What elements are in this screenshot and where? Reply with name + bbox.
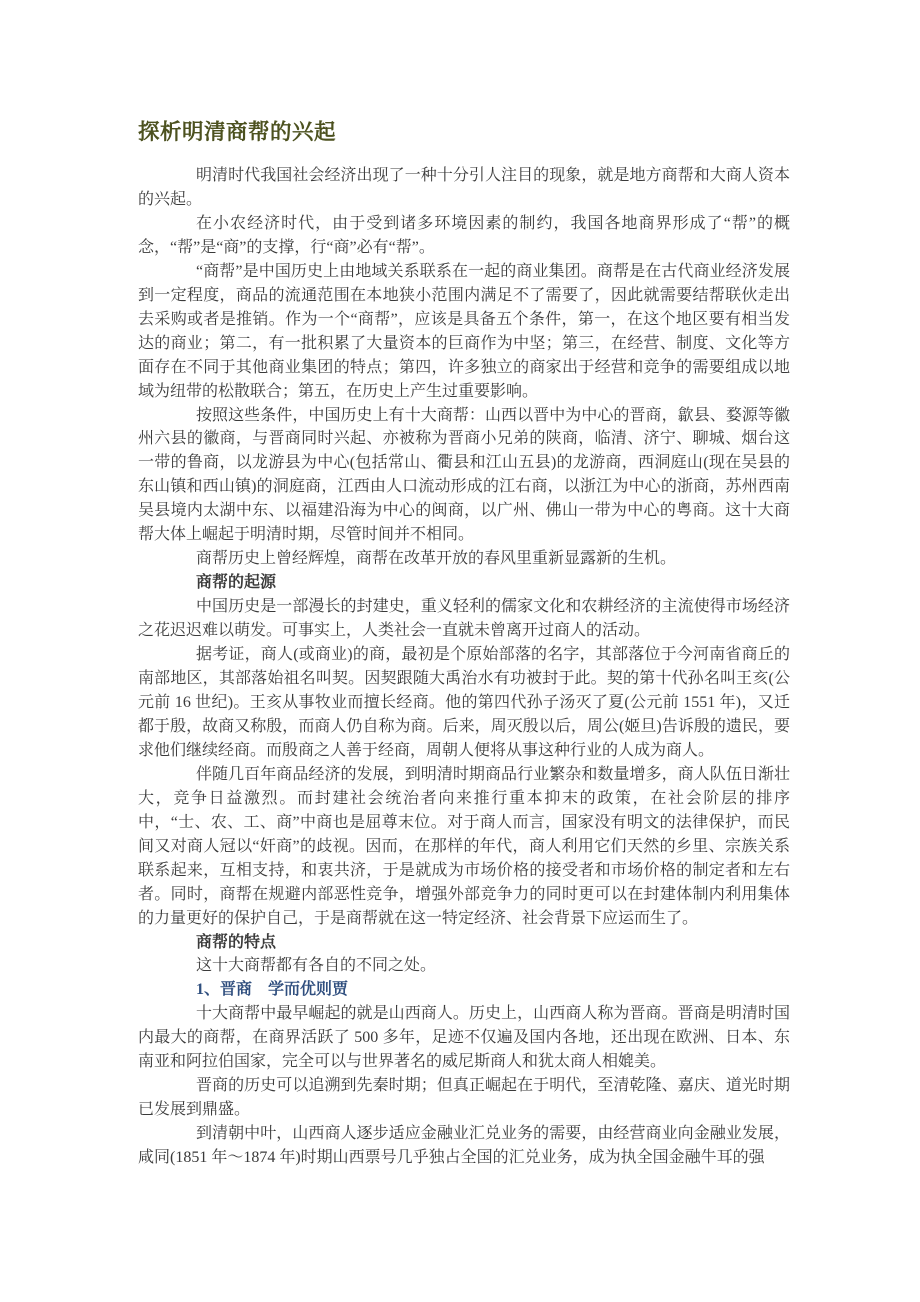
paragraph: 伴随几百年商品经济的发展，到明清时期商品行业繁杂和数量增多，商人队伍日渐壮大，竞… [138, 763, 790, 931]
section-heading: 商帮的特点 [138, 931, 790, 955]
paragraph: 晋商的历史可以追溯到先秦时期；但真正崛起在于明代，至清乾隆、嘉庆、道光时期已发展… [138, 1074, 790, 1122]
subsection-heading: 1、晋商 学而优则贾 [138, 978, 790, 1002]
page-title: 探析明清商帮的兴起 [138, 118, 790, 146]
paragraph: 明清时代我国社会经济出现了一种十分引人注目的现象，就是地方商帮和大商人资本的兴起… [138, 164, 790, 212]
paragraph: 中国历史是一部漫长的封建史，重义轻利的儒家文化和农耕经济的主流使得市场经济之花迟… [138, 595, 790, 643]
document-content: 探析明清商帮的兴起 明清时代我国社会经济出现了一种十分引人注目的现象，就是地方商… [138, 118, 790, 1170]
document-page: 探析明清商帮的兴起 明清时代我国社会经济出现了一种十分引人注目的现象，就是地方商… [0, 0, 920, 1302]
paragraph: 据考证，商人(或商业)的商，最初是个原始部落的名字，其部落位于今河南省商丘的南部… [138, 643, 790, 763]
document-body: 明清时代我国社会经济出现了一种十分引人注目的现象，就是地方商帮和大商人资本的兴起… [138, 164, 790, 1170]
paragraph: 商帮历史上曾经辉煌，商帮在改革开放的春风里重新显露新的生机。 [138, 547, 790, 571]
section-heading: 商帮的起源 [138, 571, 790, 595]
paragraph: 这十大商帮都有各自的不同之处。 [138, 954, 790, 978]
paragraph: 按照这些条件，中国历史上有十大商帮：山西以晋中为中心的晋商，歙县、婺源等徽州六县… [138, 404, 790, 548]
paragraph: 十大商帮中最早崛起的就是山西商人。历史上，山西商人称为晋商。晋商是明清时国内最大… [138, 1002, 790, 1074]
paragraph: 到清朝中叶，山西商人逐步适应金融业汇兑业务的需要，由经营商业向金融业发展，咸同(… [138, 1122, 790, 1170]
paragraph: 在小农经济时代，由于受到诸多环境因素的制约，我国各地商界形成了“帮”的概念，“帮… [138, 212, 790, 260]
paragraph: “商帮”是中国历史上由地域关系联系在一起的商业集团。商帮是在古代商业经济发展到一… [138, 260, 790, 404]
